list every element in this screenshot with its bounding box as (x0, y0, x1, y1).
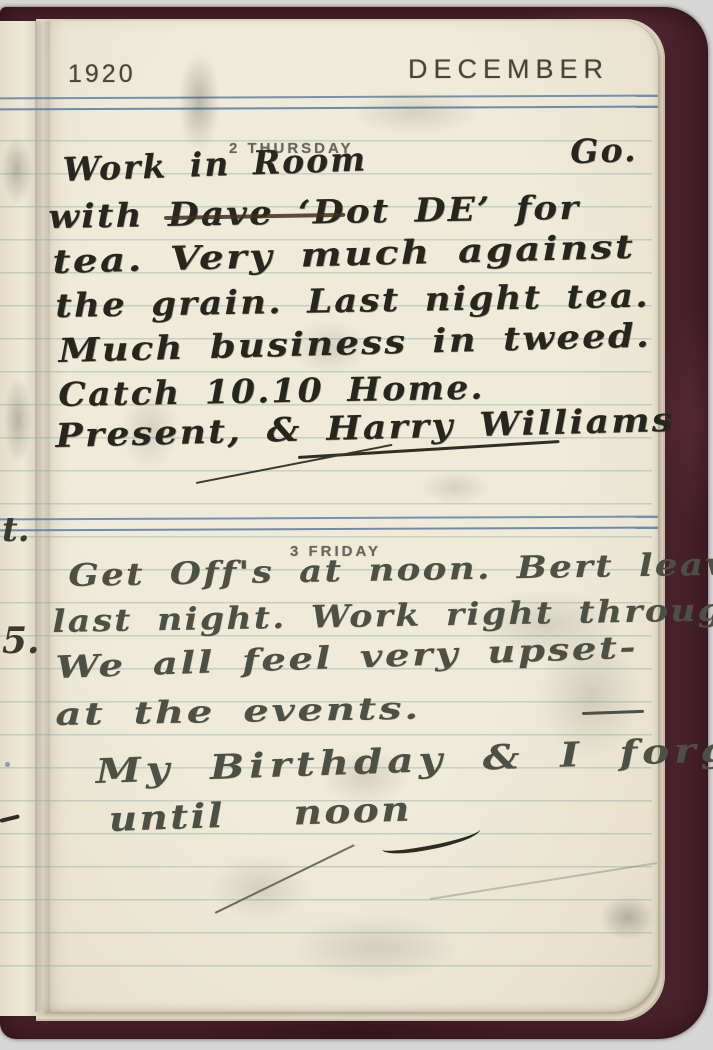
ink-speck (5, 762, 10, 767)
strikethrough-word: Dave (168, 193, 275, 234)
diary-scan: 1920 DECEMBER 2 THURSDAY Work in Room Go… (0, 0, 713, 1050)
margin-smudge (2, 135, 32, 205)
margin-smudge (4, 375, 32, 465)
year-label: 1920 (68, 60, 136, 89)
smudge (350, 90, 480, 135)
smudge (420, 470, 490, 505)
smudge (600, 895, 655, 940)
handwriting-text: ‘Dot DE’ for (274, 188, 581, 232)
handwriting-text: Go. (570, 130, 638, 171)
margin-fragment: t. (2, 510, 30, 550)
margin-fragment: 5. (2, 620, 40, 662)
smudge (178, 52, 220, 152)
handwriting-line: at the events. (55, 691, 421, 733)
month-label: DECEMBER (408, 54, 609, 85)
handwriting-text: with (48, 195, 168, 236)
header-rule (0, 95, 658, 111)
smudge (290, 915, 460, 980)
smudge (210, 855, 310, 920)
